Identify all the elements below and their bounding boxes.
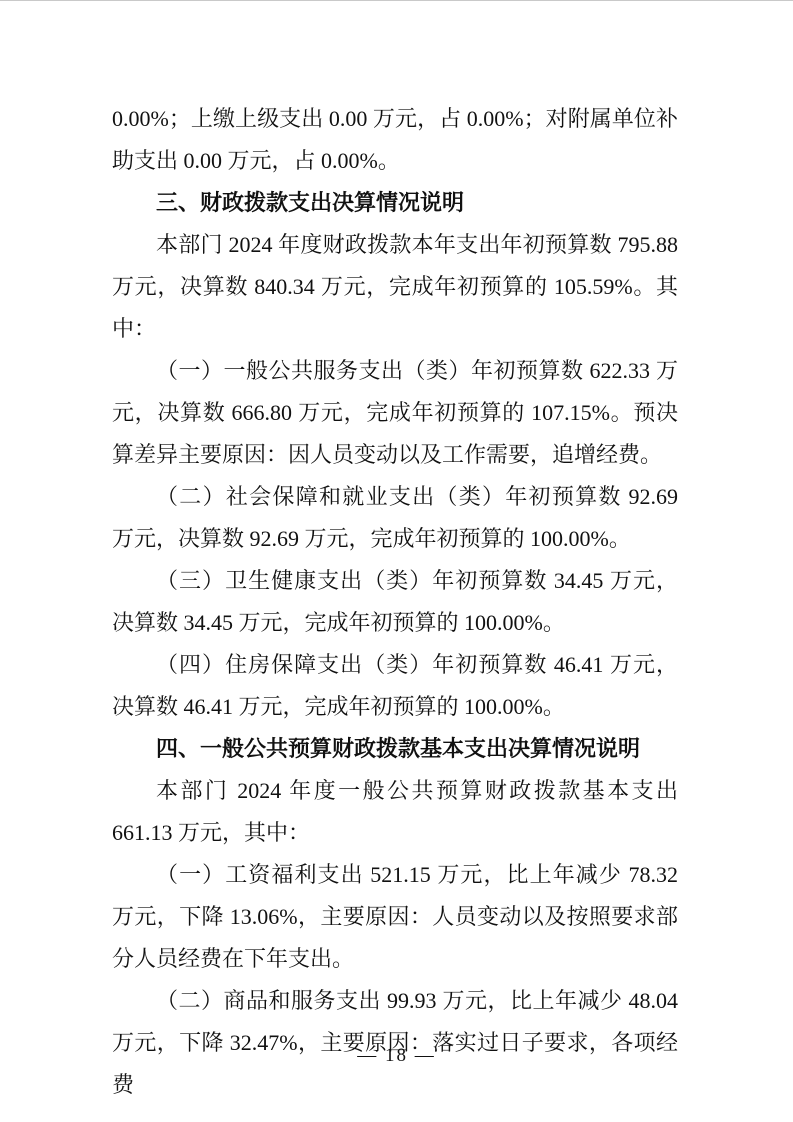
paragraph-section3-item-3: （三）卫生健康支出（类）年初预算数 34.45 万元，决算数 34.45 万元，… bbox=[112, 560, 678, 644]
page-number: — 18 — bbox=[0, 1040, 793, 1072]
paragraph-continued-from-previous-page: 0.00%；上缴上级支出 0.00 万元，占 0.00%；对附属单位补助支出 0… bbox=[112, 98, 678, 182]
paragraph-section3-item-1: （一）一般公共服务支出（类）年初预算数 622.33 万元，决算数 666.80… bbox=[112, 350, 678, 476]
section-heading-4: 四、一般公共预算财政拨款基本支出决算情况说明 bbox=[112, 728, 678, 770]
paragraph-section3-intro: 本部门 2024 年度财政拨款本年支出年初预算数 795.88 万元，决算数 8… bbox=[112, 224, 678, 350]
paragraph-section3-item-4: （四）住房保障支出（类）年初预算数 46.41 万元，决算数 46.41 万元，… bbox=[112, 644, 678, 728]
page-top-rule bbox=[0, 0, 793, 1]
paragraph-section4-intro: 本部门 2024 年度一般公共预算财政拨款基本支出 661.13 万元，其中： bbox=[112, 770, 678, 854]
document-content: 0.00%；上缴上级支出 0.00 万元，占 0.00%；对附属单位补助支出 0… bbox=[112, 98, 678, 1106]
paragraph-section4-item-1: （一）工资福利支出 521.15 万元，比上年减少 78.32 万元，下降 13… bbox=[112, 854, 678, 980]
document-page: 0.00%；上缴上级支出 0.00 万元，占 0.00%；对附属单位补助支出 0… bbox=[0, 0, 793, 1122]
paragraph-section3-item-2: （二）社会保障和就业支出（类）年初预算数 92.69 万元，决算数 92.69 … bbox=[112, 476, 678, 560]
section-heading-3: 三、财政拨款支出决算情况说明 bbox=[112, 182, 678, 224]
